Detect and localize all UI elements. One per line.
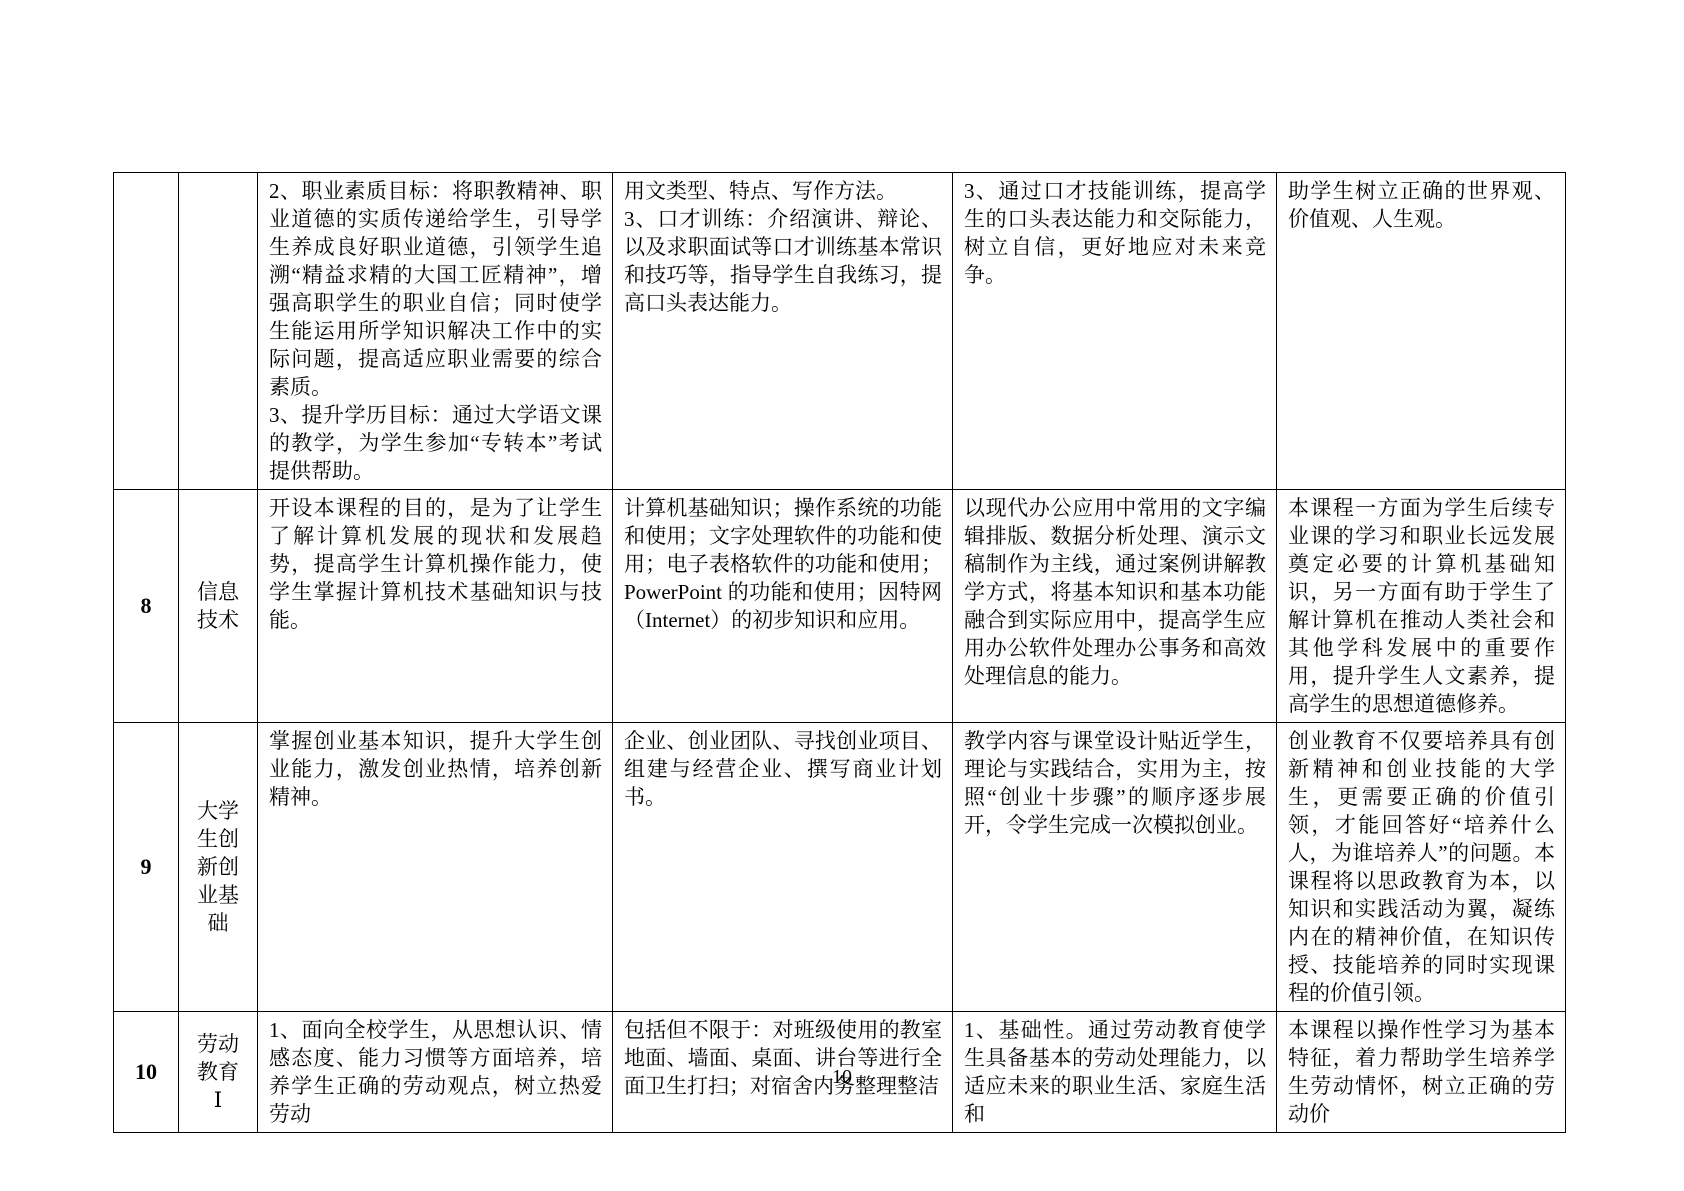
- table-row: 9 大学 生创 新创 业基 础 掌握创业基本知识，提升大学生创业能力，激发创业热…: [114, 723, 1566, 1012]
- row-number-cell: 8: [114, 490, 179, 723]
- table-row: 8 信息 技术 开设本课程的目的，是为了让学生了解计算机发展的现状和发展趋势，提…: [114, 490, 1566, 723]
- objectives-cell: 开设本课程的目的，是为了让学生了解计算机发展的现状和发展趋势，提高学生计算机操作…: [258, 490, 613, 723]
- objectives-cell: 2、职业素质目标：将职教精神、职业道德的实质传递给学生，引导学生养成良好职业道德…: [258, 173, 613, 490]
- row-number-cell: [114, 173, 179, 490]
- row-number-cell: 9: [114, 723, 179, 1012]
- value-cell: 本课程一方面为学生后续专业课的学习和职业长远发展奠定必要的计算机基础知识，另一方…: [1277, 490, 1566, 723]
- page-number: 10: [0, 1066, 1684, 1089]
- value-cell: 助学生树立正确的世界观、价值观、人生观。: [1277, 173, 1566, 490]
- teaching-method-cell: 以现代办公应用中常用的文字编辑排版、数据分析处理、演示文稿制作为主线，通过案例讲…: [953, 490, 1277, 723]
- course-name-cell: 信息 技术: [179, 490, 258, 723]
- teaching-method-cell: 教学内容与课堂设计贴近学生，理论与实践结合，实用为主，按照“创业十步骤”的顺序逐…: [953, 723, 1277, 1012]
- course-name-cell: [179, 173, 258, 490]
- content-cell: 企业、创业团队、寻找创业项目、组建与经营企业、撰写商业计划书。: [613, 723, 953, 1012]
- content-cell: 用文类型、特点、写作方法。 3、口才训练：介绍演讲、辩论、以及求职面试等口才训练…: [613, 173, 953, 490]
- objectives-cell: 掌握创业基本知识，提升大学生创业能力，激发创业热情，培养创新精神。: [258, 723, 613, 1012]
- value-cell: 创业教育不仅要培养具有创新精神和创业技能的大学生，更需要正确的价值引领，才能回答…: [1277, 723, 1566, 1012]
- content-cell: 计算机基础知识；操作系统的功能和使用；文字处理软件的功能和使用；电子表格软件的功…: [613, 490, 953, 723]
- table-row: 2、职业素质目标：将职教精神、职业道德的实质传递给学生，引导学生养成良好职业道德…: [114, 173, 1566, 490]
- course-description-table: 2、职业素质目标：将职教精神、职业道德的实质传递给学生，引导学生养成良好职业道德…: [113, 172, 1566, 1133]
- course-name-cell: 大学 生创 新创 业基 础: [179, 723, 258, 1012]
- teaching-method-cell: 3、通过口才技能训练，提高学生的口头表达能力和交际能力，树立自信，更好地应对未来…: [953, 173, 1277, 490]
